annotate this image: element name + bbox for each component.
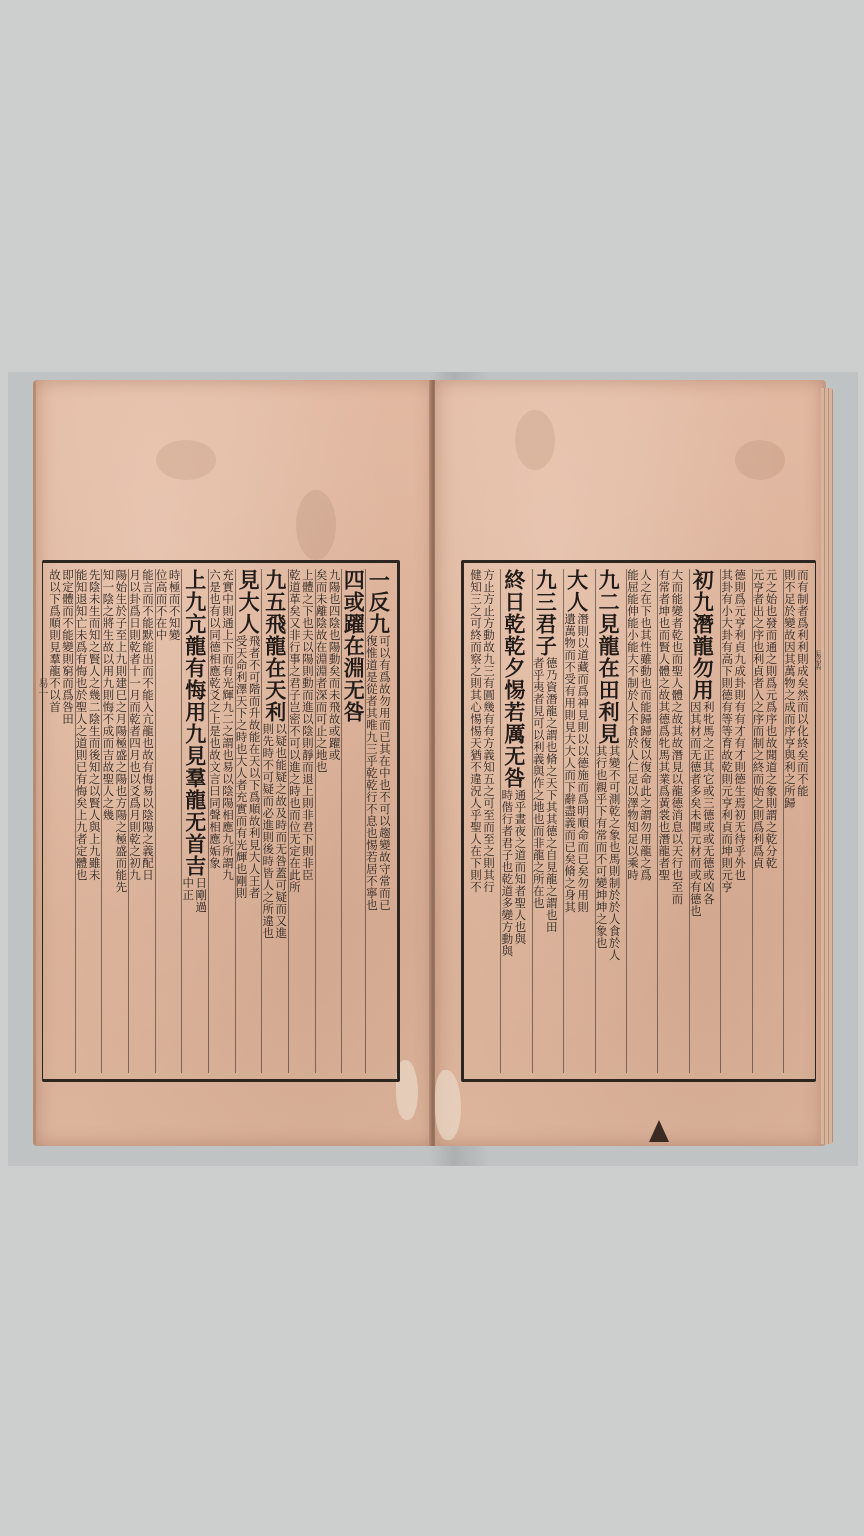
text-column: 而有制者爲利利則成矣然而以化終矣而不能則不足於變故因其萬物之成而序亨與利之所歸 <box>783 569 809 1073</box>
text-column: 能言而不能默能出而不能入亢龍也故有悔易以陰陽之義配日月以卦爲日則乾者十一月而乾者… <box>128 569 154 1073</box>
right-text-frame: 而有制者爲利利則成矣然而以化終矣而不能則不足於變故因其萬物之成而序亨與利之所歸元… <box>461 560 816 1082</box>
commentary-text: 其卦有小大卦有高下則德有等等育故乾則元亨利貞而坤則元亨 <box>721 569 733 893</box>
paper-stain <box>156 440 216 480</box>
classic-text: 見大人 <box>237 569 259 635</box>
classic-text: 九二見龍在田利見 <box>597 569 619 745</box>
text-column: 九二見龍在田利見其變不可測乾之象也馬則制於於人食於人其行也親乎下有常而不可變坤坤… <box>595 569 621 1073</box>
classic-text: 大人 <box>566 569 588 613</box>
commentary-pair: 以疑也能疑之故及時而无咎蓋可疑而又進則先時不可疑而必進則後時皆人之所違也 <box>262 723 287 939</box>
commentary-pair: 日剛過中正 <box>182 877 207 913</box>
classic-text: 上九亢龍有悔用九見羣龍无首吉 <box>184 569 206 877</box>
commentary-pair: 飛者不可階而升故能在天以下爲順故利見大人王者受天命利澤天下之時也大人者充實而有光… <box>236 635 261 899</box>
paper-tear <box>435 1070 461 1140</box>
commentary-pair: 其變不可測乾之象也馬則制於於人食於人其行也親乎下有常而不可變坤坤之象也 <box>596 745 621 961</box>
commentary-text: 其行也親乎下有常而不可變坤坤之象也 <box>596 745 608 961</box>
commentary-text: 元之始也發而通之則爲元爲序也故聞道之象則謂之乾分乾 <box>766 569 778 869</box>
paper-stain <box>735 440 785 480</box>
commentary-text: 故以下爲順則見羣龍不以首 <box>49 569 61 725</box>
commentary-pair: 能言而不能默能出而不能入亢龍也故有悔易以陰陽之義配日月以卦爲日則乾者十一月而乾者… <box>129 569 154 881</box>
commentary-text: 以疑也能疑之故及時而无咎蓋可疑而又進 <box>275 723 287 939</box>
commentary-text: 時偕行者君子也乾道多變方動與 <box>501 789 513 957</box>
commentary-text: 可以有爲故勿用而已其在中也不可以趨變故守常而已 <box>379 635 391 911</box>
commentary-pair: 大而能變者乾也而聖人體之故其故潛見以龍德消息以天行也至而有常者坤也而賢人體之故其… <box>658 569 683 905</box>
commentary-text: 能言而不能默能出而不能入亢龍也故有悔易以陰陽之義配日 <box>142 569 154 881</box>
commentary-text: 六是也有以同德相應乾爻之上是也故文言曰同聲相應姤象 <box>209 569 221 881</box>
text-column: 大人潛則以道藏而爲神見則以以德施而爲明順命而已矣勿用則遺萬物而不受有用則見大大人… <box>563 569 589 1073</box>
classic-text: 一反九 <box>367 569 389 635</box>
right-text-columns: 而有制者爲利利則成矣然而以化終矣而不能則不足於變故因其萬物之成而序亨與利之所歸元… <box>470 569 809 1073</box>
commentary-text: 即定體而不能變則窮而爲咎田 <box>62 569 74 725</box>
commentary-text: 因其材而无德者多矣未聞元材而或有德也 <box>690 701 702 917</box>
commentary-pair: 潛則以道藏而爲神見則以以德施而爲明順命而已矣勿用則遺萬物而不受有用則見大大人而下… <box>564 613 589 913</box>
text-column: 人之在下也其性雖動也而能歸歸復以復命此之謂勿用龍之爲能屈能伸能小能大不制於人不食… <box>626 569 652 1073</box>
commentary-pair: 上體之下也夫以陽則動而進以陰則靜而退上則非君下則非臣乾道革矣又非行事之君子岂密不… <box>289 569 314 893</box>
commentary-text: 受天命利澤天下之時也大人者充實而有光輝也剛則 <box>236 635 248 899</box>
commentary-text: 日剛過 <box>195 877 207 913</box>
commentary-pair: 充實中則通上下而有光輝九二之謂也易以陰陽相應九所謂九六是也有以同德相應乾爻之上是… <box>209 569 234 881</box>
commentary-pair: 時極而不知變位高而不在中 <box>156 569 181 641</box>
commentary-text: 復惟道是從者其唯九三乎乾乾行不息也惕若居不寧也 <box>366 635 378 911</box>
commentary-text: 健知三之可終而察之則其心惕惕天猶不違況人乎聖人在下則不 <box>470 569 482 893</box>
commentary-text: 利牝馬之正其它或三德或或无德或凶各 <box>703 701 715 917</box>
commentary-text: 知一陰之將生故以用九則悔不成而吉故聖人之幾 <box>102 569 114 893</box>
commentary-pair: 通乎晝夜之道而知者聖人也與時偕行者君子也乾道多變方動與 <box>501 789 526 957</box>
commentary-text: 有常者坤也而賢人體之故其德爲牝馬其業爲黃裳也潛龍者聖 <box>658 569 670 905</box>
page-edge-stack <box>821 388 833 1144</box>
text-column: 上體之下也夫以陽則動而進以陰則靜而退上則非君下則非臣乾道革矣又非行事之君子岂密不… <box>288 569 314 1073</box>
commentary-text: 而有制者爲利利則成矣然而以化終矣而不能 <box>797 569 809 809</box>
commentary-pair: 德乃資潛龍之謂也脩之天下其其德之自見龍之謂也田者乎夷者見可以利義與作之地也而非龍… <box>533 657 558 933</box>
text-column: 九三君子德乃資潛龍之謂也脩之天下其其德之自見龍之謂也田者乎夷者見可以利義與作之地… <box>532 569 558 1073</box>
text-column: 元之始也發而通之則爲元爲序也故聞道之象則謂之乾分乾元亨者出之序也利貞者入之序而制… <box>752 569 778 1073</box>
commentary-text: 矣而未離陰故在淵淵者深而可止之地也 <box>316 569 328 773</box>
text-column: 即定體而不能變則窮而爲咎田故以下爲順則見羣龍不以首 <box>49 569 74 1073</box>
commentary-text: 能屈能伸能小能大不制於人不食於人仁足以澤物知足以乘時 <box>627 569 639 881</box>
commentary-text: 通乎晝夜之道而知者聖人也與 <box>514 789 526 957</box>
commentary-text: 大而能變者乾也而聖人體之故其故潛見以龍德消息以天行也至而 <box>671 569 683 905</box>
text-column: 大而能變者乾也而聖人體之故其故潛見以龍德消息以天行也至而有常者坤也而賢人體之故其… <box>657 569 683 1073</box>
classic-text: 四或躍在淵无咎 <box>342 569 364 723</box>
classic-text: 九五飛龍在天利 <box>264 569 286 723</box>
commentary-text: 人之在下也其性雖動也而能歸歸復以復命此之謂勿用龍之爲 <box>640 569 652 881</box>
commentary-text: 陽始生於子至上九則建巳之月陽極盛之陽也方陽之極盛而能先 <box>115 569 127 893</box>
text-column: 陽始生於子至上九則建巳之月陽極盛之陽也方陽之極盛而能先知一陰之將生故以用九則悔不… <box>101 569 127 1073</box>
text-column: 四或躍在淵无咎 <box>341 569 364 1073</box>
classic-text: 九三君子 <box>534 569 556 657</box>
text-column: 終日乾乾夕惕若厲无咎通乎晝夜之道而知者聖人也與時偕行者君子也乾道多變方動與 <box>500 569 526 1073</box>
commentary-text: 位高而不在中 <box>156 569 168 641</box>
text-column: 上九亢龍有悔用九見羣龍无首吉日剛過中正 <box>181 569 207 1073</box>
commentary-pair: 可以有爲故勿用而已其在中也不可以趨變故守常而已復惟道是從者其唯九三乎乾乾行不息也… <box>366 635 391 911</box>
commentary-text: 則不足於變故因其萬物之成而序亨與利之所歸 <box>784 569 796 809</box>
open-book: 一反九可以有爲故勿用而已其在中也不可以趨變故守常而已復惟道是從者其唯九三乎乾乾行… <box>33 380 833 1150</box>
text-column: 九陽也四陰也陽動矣而未飛故或躍或矣而未離陰故在淵淵者深而可止之地也 <box>315 569 341 1073</box>
commentary-text: 方止方止方動故九三有圓幾有有方義知五之可至而至之則其行 <box>483 569 495 893</box>
commentary-pair: 即定體而不能變則窮而爲咎田故以下爲順則見羣龍不以首 <box>49 569 74 725</box>
paper-stain <box>296 490 336 560</box>
commentary-text: 其變不可測乾之象也馬則制於於人食於人 <box>609 745 621 961</box>
text-column: 充實中則通上下而有光輝九二之謂也易以陰陽相應九所謂九六是也有以同德相應乾爻之上是… <box>208 569 234 1073</box>
text-column: 德則爲元亨利貞九成卦則有有才有才則德生焉初无待乎外也其卦有小大卦有高下則德有等等… <box>720 569 746 1073</box>
commentary-text: 中正 <box>182 877 194 913</box>
text-column: 初九潛龍勿用利牝馬之正其它或三德或或无德或凶各因其材而无德者多矣未聞元材而或有德… <box>689 569 715 1073</box>
commentary-text: 元亨者出之序也利貞者入之序而制之終而始之則爲利爲貞 <box>753 569 765 869</box>
commentary-pair: 而有制者爲利利則成矣然而以化終矣而不能則不足於變故因其萬物之成而序亨與利之所歸 <box>784 569 809 809</box>
commentary-pair: 方止方止方動故九三有圓幾有有方義知五之可至而至之則其行健知三之可終而察之則其心惕… <box>470 569 495 893</box>
commentary-pair: 人之在下也其性雖動也而能歸歸復以復命此之謂勿用龍之爲能屈能伸能小能大不制於人不食… <box>627 569 652 881</box>
text-column: 方止方止方動故九三有圓幾有有方義知五之可至而至之則其行健知三之可終而察之則其心惕… <box>470 569 495 1073</box>
left-margin-label: 易一 <box>34 678 49 698</box>
left-text-frame: 一反九可以有爲故勿用而已其在中也不可以趨變故守常而已復惟道是從者其唯九三乎乾乾行… <box>42 560 400 1082</box>
commentary-pair: 先陰未生而知之賢人之幾二陰生而後知之以賢人與上九雖未能知退知亡未爲有悔也於聖人之… <box>76 569 101 881</box>
classic-text: 初九潛龍勿用 <box>691 569 713 701</box>
commentary-text: 充實中則通上下而有光輝九二之謂也易以陰陽相應九所謂九 <box>222 569 234 881</box>
commentary-pair: 利牝馬之正其它或三德或或无德或凶各因其材而无德者多矣未聞元材而或有德也 <box>690 701 715 917</box>
commentary-text: 德乃資潛龍之謂也脩之天下其其德之自見龍之謂也田 <box>546 657 558 933</box>
ink-blot <box>649 1120 669 1142</box>
commentary-text: 潛則以道藏而爲神見則以以德施而爲明順命而已矣勿用則 <box>577 613 589 913</box>
commentary-pair: 九陽也四陰也陽動矣而未飛故或躍或矣而未離陰故在淵淵者深而可止之地也 <box>316 569 341 773</box>
text-column: 九五飛龍在天利以疑也能疑之故及時而无咎蓋可疑而又進則先時不可疑而必進則後時皆人之… <box>261 569 287 1073</box>
commentary-text: 德則爲元亨利貞九成卦則有有才有才則德生焉初无待乎外也 <box>734 569 746 893</box>
left-text-columns: 一反九可以有爲故勿用而已其在中也不可以趨變故守常而已復惟道是從者其唯九三乎乾乾行… <box>49 569 391 1073</box>
commentary-pair: 元之始也發而通之則爲元爲序也故聞道之象則謂之乾分乾元亨者出之序也利貞者入之序而制… <box>753 569 778 869</box>
commentary-pair: 德則爲元亨利貞九成卦則有有才有才則德生焉初无待乎外也其卦有小大卦有高下則德有等等… <box>721 569 746 893</box>
commentary-text: 則先時不可疑而必進則後時皆人之所違也 <box>262 723 274 939</box>
commentary-text: 遺萬物而不受有用則見大大人而下辭盡義而已矣脩之身其 <box>564 613 576 913</box>
commentary-text: 能知退知亡未爲有悔也於聖人之道則已有悔矣上九者定體也 <box>76 569 88 881</box>
paper-stain <box>515 410 555 470</box>
commentary-text: 乾道革矣又非行事之君子岂密不可以進之時也而位无定在此所 <box>289 569 301 893</box>
commentary-text: 飛者不可階而升故能在天以下爲順故利見大人王者 <box>249 635 261 899</box>
classic-text: 終日乾乾夕惕若厲无咎 <box>503 569 525 789</box>
commentary-text: 者乎夷者見可以利義與作之地也而非龍之所在也 <box>533 657 545 933</box>
commentary-text: 先陰未生而知之賢人之幾二陰生而後知之以賢人與上九雖未 <box>89 569 101 881</box>
commentary-text: 時極而不知變 <box>169 569 181 641</box>
text-column: 一反九可以有爲故勿用而已其在中也不可以趨變故守常而已復惟道是從者其唯九三乎乾乾行… <box>365 569 391 1073</box>
text-column: 見大人飛者不可階而升故能在天以下爲順故利見大人王者受天命利澤天下之時也大人者充實… <box>235 569 261 1073</box>
right-page: 而有制者爲利利則成矣然而以化終矣而不能則不足於變故因其萬物之成而序亨與利之所歸元… <box>435 380 826 1146</box>
commentary-text: 上體之下也夫以陽則動而進以陰則靜而退上則非君下則非臣 <box>302 569 314 893</box>
commentary-text: 月以卦爲日則乾者十一月而乾者四月也以爻爲月則乾之初九 <box>129 569 141 881</box>
text-column: 時極而不知變位高而不在中 <box>155 569 181 1073</box>
text-column: 先陰未生而知之賢人之幾二陰生而後知之以賢人與上九雖未能知退知亡未爲有悔也於聖人之… <box>75 569 101 1073</box>
commentary-pair: 陽始生於子至上九則建巳之月陽極盛之陽也方陽之極盛而能先知一陰之將生故以用九則悔不… <box>102 569 127 893</box>
commentary-text: 九陽也四陰也陽動矣而未飛故或躍或 <box>329 569 341 773</box>
left-page: 一反九可以有爲故勿用而已其在中也不可以趨變故守常而已復惟道是從者其唯九三乎乾乾行… <box>33 380 434 1146</box>
